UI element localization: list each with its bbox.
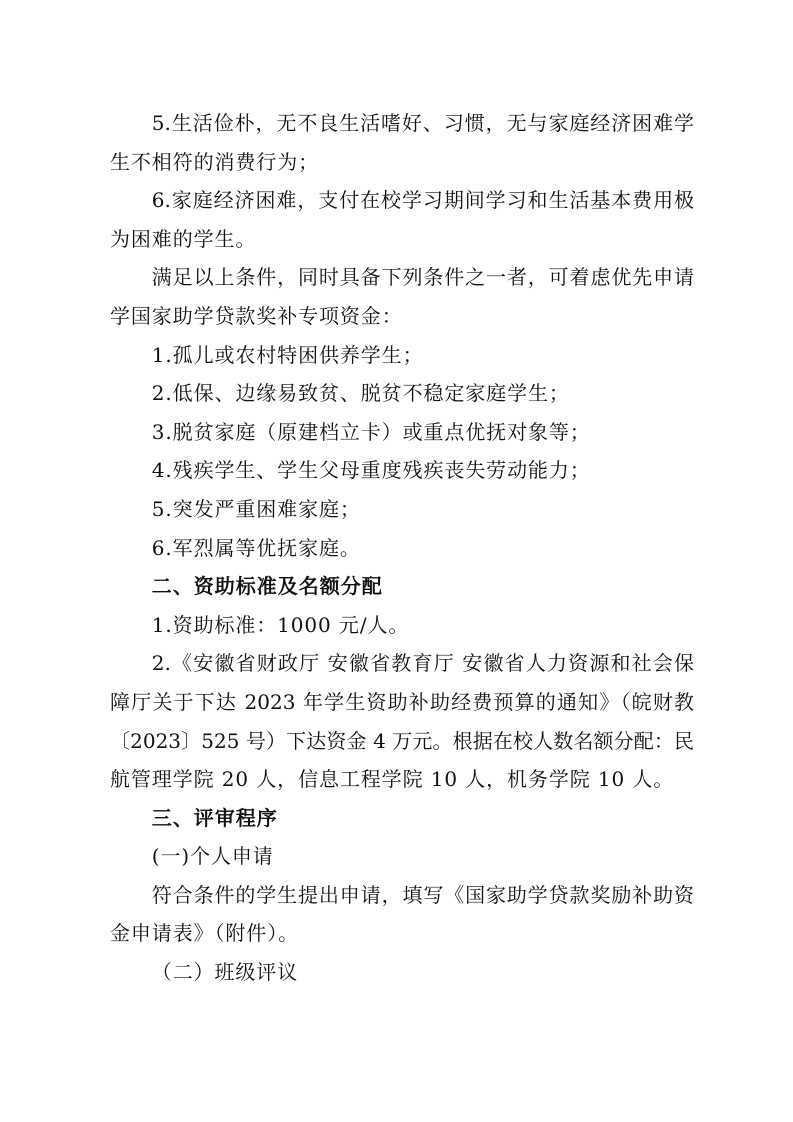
text-line: 2.《安徽省财政厅 安徽省教育厅 安徽省人力资源和社会保 (110, 644, 694, 683)
text-line: 为困难的学生。 (110, 220, 694, 259)
section-heading-review-procedure: 三、评审程序 (110, 799, 694, 838)
paragraph-criterion-5: 5.生活俭朴，无不良生活嗜好、习惯，无与家庭经济困难学 生不相符的消费行为； (110, 104, 694, 181)
document-body: 5.生活俭朴，无不良生活嗜好、习惯，无与家庭经济困难学 生不相符的消费行为； 6… (110, 104, 694, 992)
paragraph-priority-4: 4.残疾学生、学生父母重度残疾丧失劳动能力； (110, 451, 694, 490)
paragraph-priority-6: 6.军烈属等优抚家庭。 (110, 529, 694, 568)
section-heading: 二、资助标准及名额分配 (110, 567, 694, 606)
text-line: 航管理学院 20 人，信息工程学院 10 人，机务学院 10 人。 (110, 760, 694, 799)
text-line: 符合条件的学生提出申请，填写《国家助学贷款奖励补助资 (110, 876, 694, 915)
text-line: 5.突发严重困难家庭； (110, 490, 694, 529)
text-line: 1.孤儿或农村特困供养学生； (110, 336, 694, 375)
text-line: 生不相符的消费行为； (110, 143, 694, 182)
text-line: 1.资助标准：1000 元/人。 (110, 606, 694, 645)
text-line: 3.脱贫家庭（原建档立卡）或重点优抚对象等； (110, 413, 694, 452)
text-line: 6.军烈属等优抚家庭。 (110, 529, 694, 568)
sub-heading: (一)个人申请 (110, 837, 694, 876)
paragraph-priority-5: 5.突发严重困难家庭； (110, 490, 694, 529)
paragraph-funding-standard: 1.资助标准：1000 元/人。 (110, 606, 694, 645)
subheading-class-review: （二）班级评议 (110, 953, 694, 992)
text-line: 〔2023〕525 号）下达资金 4 万元。根据在校人数名额分配：民 (110, 722, 694, 761)
paragraph-application-form: 符合条件的学生提出申请，填写《国家助学贷款奖励补助资 金申请表》（附件）。 (110, 876, 694, 953)
text-line: 障厅关于下达 2023 年学生资助补助经费预算的通知》（皖财教 (110, 683, 694, 722)
subheading-personal-application: (一)个人申请 (110, 837, 694, 876)
document-page: 5.生活俭朴，无不良生活嗜好、习惯，无与家庭经济困难学 生不相符的消费行为； 6… (0, 0, 793, 1122)
text-line: 2.低保、边缘易致贫、脱贫不稳定家庭学生； (110, 374, 694, 413)
section-heading: 三、评审程序 (110, 799, 694, 838)
sub-heading: （二）班级评议 (110, 953, 694, 992)
paragraph-criterion-6: 6.家庭经济困难，支付在校学习期间学习和生活基本费用极 为困难的学生。 (110, 181, 694, 258)
paragraph-priority-2: 2.低保、边缘易致贫、脱贫不稳定家庭学生； (110, 374, 694, 413)
section-heading-funding-standard: 二、资助标准及名额分配 (110, 567, 694, 606)
text-line: 金申请表》（附件）。 (110, 914, 694, 953)
paragraph-quota-allocation: 2.《安徽省财政厅 安徽省教育厅 安徽省人力资源和社会保 障厅关于下达 2023… (110, 644, 694, 798)
text-line: 学国家助学贷款奖补专项资金： (110, 297, 694, 336)
text-line: 6.家庭经济困难，支付在校学习期间学习和生活基本费用极 (110, 181, 694, 220)
text-line: 满足以上条件，同时具备下列条件之一者，可着虑优先申请 (110, 258, 694, 297)
text-line: 5.生活俭朴，无不良生活嗜好、习惯，无与家庭经济困难学 (110, 104, 694, 143)
text-line: 4.残疾学生、学生父母重度残疾丧失劳动能力； (110, 451, 694, 490)
paragraph-priority-1: 1.孤儿或农村特困供养学生； (110, 336, 694, 375)
paragraph-priority-3: 3.脱贫家庭（原建档立卡）或重点优抚对象等； (110, 413, 694, 452)
paragraph-priority-intro: 满足以上条件，同时具备下列条件之一者，可着虑优先申请 学国家助学贷款奖补专项资金… (110, 258, 694, 335)
